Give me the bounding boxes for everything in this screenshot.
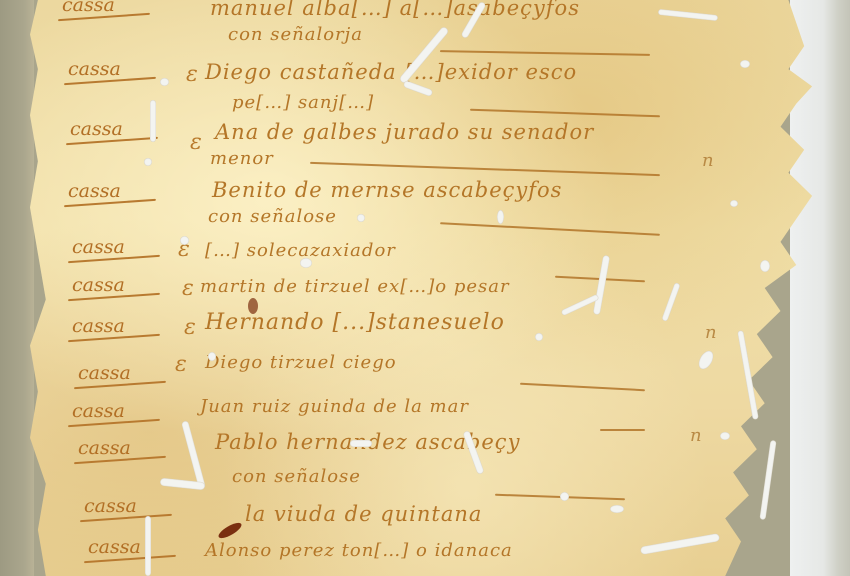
margin-entry: cassa	[70, 118, 123, 140]
worm-hole	[560, 492, 569, 501]
margin-entry: cassa	[78, 437, 131, 459]
margin-entry: cassa	[88, 536, 141, 558]
worm-hole	[497, 210, 504, 224]
register-entry: con señalose	[208, 206, 337, 227]
register-entry: manuel alba[…] a[…]asabeçyfos	[210, 0, 580, 20]
register-entry: con señalose	[232, 466, 361, 487]
register-entry: Benito de mernse ascabeçyfos	[212, 178, 562, 202]
underline-rule	[600, 429, 645, 431]
worm-hole	[740, 60, 750, 68]
worm-hole	[759, 440, 776, 520]
margin-mark: n	[702, 150, 714, 171]
register-entry: Hernando [...]stanesuelo	[205, 310, 505, 335]
worm-hole	[350, 440, 372, 447]
margin-entry: cassa	[72, 400, 125, 422]
worm-hole	[730, 200, 738, 207]
register-entry: Diego castañeda […]exidor esco	[205, 60, 577, 84]
ink-blot	[248, 298, 258, 314]
margin-entry: cassa	[68, 180, 121, 202]
worm-hole	[144, 158, 152, 166]
register-entry: pe[…] sanj[…]	[232, 92, 374, 113]
register-entry: Ana de galbes jurado su senador	[215, 120, 594, 144]
worm-hole	[357, 214, 365, 222]
worm-hole	[300, 258, 312, 268]
worm-hole	[150, 100, 156, 142]
worm-hole	[760, 260, 770, 272]
register-entry: Diego tirzuel ciego	[205, 352, 397, 373]
margin-entry: cassa	[78, 362, 131, 384]
worm-hole	[720, 432, 730, 440]
worm-hole	[145, 516, 151, 576]
brace-mark: ɛ	[175, 352, 187, 377]
background-left	[0, 0, 34, 576]
worm-hole	[535, 333, 543, 341]
margin-mark: n	[705, 322, 717, 343]
margin-entry: cassa	[72, 274, 125, 296]
brace-mark: ɛ	[182, 276, 194, 301]
register-entry: martin de tirzuel ex[…]o pesar	[200, 276, 510, 297]
register-entry: […] solecazaxiador	[205, 240, 396, 261]
worm-hole	[610, 505, 624, 513]
register-entry: menor	[210, 148, 274, 169]
worm-hole	[180, 236, 189, 245]
margin-mark: n	[690, 425, 702, 446]
margin-entry: cassa	[72, 236, 125, 258]
margin-entry: cassa	[62, 0, 115, 16]
register-entry: la viuda de quintana	[245, 502, 482, 526]
brace-mark: ɛ	[190, 130, 202, 155]
worm-hole	[160, 78, 169, 86]
brace-mark: ɛ	[184, 315, 196, 340]
register-entry: Alonso perez ton[…] o idanaca	[205, 540, 513, 561]
margin-entry: cassa	[72, 315, 125, 337]
margin-entry: cassa	[84, 495, 137, 517]
margin-entry: cassa	[68, 58, 121, 80]
brace-mark: ɛ	[186, 62, 198, 87]
worm-hole	[208, 352, 216, 361]
register-entry: Juan ruiz guinda de la mar	[200, 396, 469, 417]
register-entry: con señalorja	[228, 24, 363, 45]
